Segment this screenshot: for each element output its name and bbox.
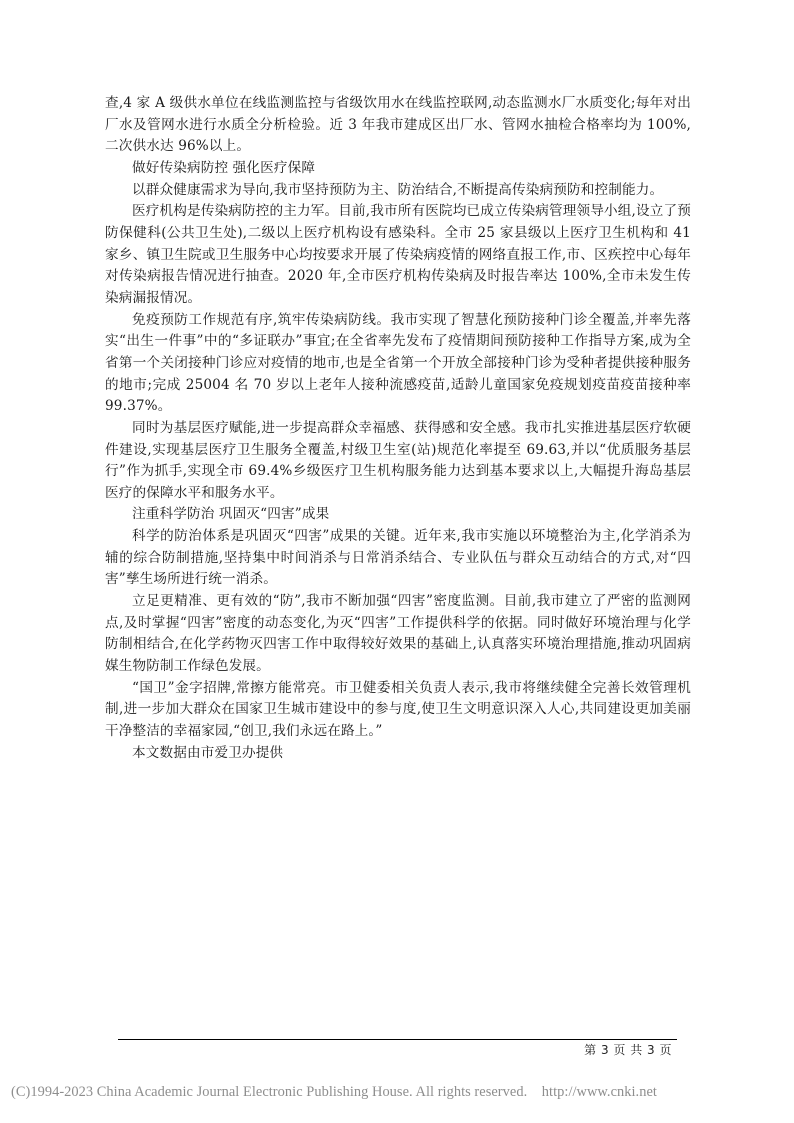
paragraph: 医疗机构是传染病防控的主力军。目前,我市所有医院均已成立传染病管理领导小组,设立… bbox=[105, 201, 691, 309]
paragraph: “国卫”金字招牌,常擦方能常亮。市卫健委相关负责人表示,我市将继续健全完善长效管… bbox=[105, 678, 691, 743]
section-heading-disease-control: 做好传染病防控 强化医疗保障 bbox=[105, 158, 691, 180]
page-number: 第 3 页 共 3 页 bbox=[584, 1041, 672, 1058]
paragraph: 科学的防治体系是巩固灭“四害”成果的关键。近年来,我市实施以环境整治为主,化学消… bbox=[105, 526, 691, 591]
article-body: 查,4 家 A 级供水单位在线监测监控与省级饮用水在线监控联网,动态监测水厂水质… bbox=[105, 93, 691, 764]
paragraph-continuation: 查,4 家 A 级供水单位在线监测监控与省级饮用水在线监控联网,动态监测水厂水质… bbox=[105, 93, 691, 158]
footer-divider bbox=[118, 1039, 677, 1040]
section-heading-four-pests: 注重科学防治 巩固灭“四害”成果 bbox=[105, 504, 691, 526]
paragraph: 免疫预防工作规范有序,筑牢传染病防线。我市实现了智慧化预防接种门诊全覆盖,并率先… bbox=[105, 310, 691, 418]
copyright-notice: (C)1994-2023 China Academic Journal Elec… bbox=[11, 1084, 657, 1101]
paragraph: 立足更精准、更有效的“防”,我市不断加强“四害”密度监测。目前,我市建立了严密的… bbox=[105, 591, 691, 678]
paragraph: 同时为基层医疗赋能,进一步提高群众幸福感、获得感和安全感。我市扎实推进基层医疗软… bbox=[105, 418, 691, 505]
paragraph: 以群众健康需求为导向,我市坚持预防为主、防治结合,不断提高传染病预防和控制能力。 bbox=[105, 180, 691, 202]
paragraph-data-source: 本文数据由市爱卫办提供 bbox=[105, 743, 691, 765]
